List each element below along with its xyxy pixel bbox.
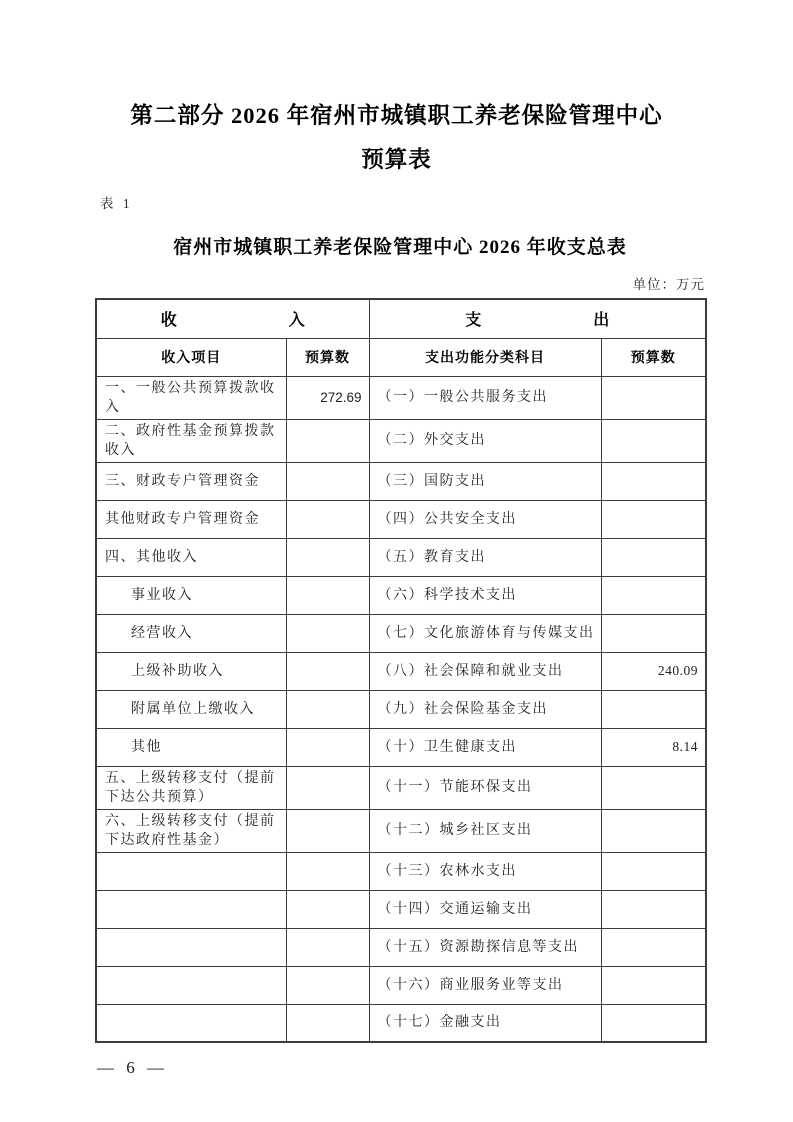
table-label: 表 1 <box>95 192 705 212</box>
expense-item-cell: （六）科学技术支出 <box>369 576 601 614</box>
expense-value-cell <box>601 890 706 928</box>
expense-value-cell <box>601 462 706 500</box>
income-value-cell <box>286 690 369 728</box>
income-value-cell <box>286 928 369 966</box>
expense-item-cell: （一）一般公共服务支出 <box>369 376 601 419</box>
document-title-block: 第二部分 2026 年宿州市城镇职工养老保险管理中心 预算表 <box>0 0 793 182</box>
income-value-cell <box>286 500 369 538</box>
expense-item-cell: （五）教育支出 <box>369 538 601 576</box>
document-title-line1: 第二部分 2026 年宿州市城镇职工养老保险管理中心 <box>0 94 793 138</box>
income-item-cell: 事业收入 <box>96 576 286 614</box>
table-row: 经营收入（七）文化旅游体育与传媒支出 <box>96 614 706 652</box>
table-row: 三、财政专户管理资金（三）国防支出 <box>96 462 706 500</box>
table-row: 四、其他收入（五）教育支出 <box>96 538 706 576</box>
expense-item-cell: （八）社会保障和就业支出 <box>369 652 601 690</box>
income-item-cell: 五、上级转移支付（提前下达公共预算） <box>96 766 286 809</box>
income-value-cell <box>286 462 369 500</box>
table-row: 事业收入（六）科学技术支出 <box>96 576 706 614</box>
expense-item-cell: （十五）资源勘探信息等支出 <box>369 928 601 966</box>
column-header-expense-item: 支出功能分类科目 <box>369 338 601 376</box>
document-title-line2: 预算表 <box>0 138 793 182</box>
expense-item-cell: （十一）节能环保支出 <box>369 766 601 809</box>
income-item-cell <box>96 890 286 928</box>
expense-value-cell <box>601 1004 706 1042</box>
income-item-cell <box>96 1004 286 1042</box>
table-row: （十七）金融支出 <box>96 1004 706 1042</box>
expense-item-cell: （十四）交通运输支出 <box>369 890 601 928</box>
table-row: （十三）农林水支出 <box>96 852 706 890</box>
expense-item-cell: （三）国防支出 <box>369 462 601 500</box>
expense-value-cell: 240.09 <box>601 652 706 690</box>
income-item-cell <box>96 928 286 966</box>
expense-value-cell <box>601 376 706 419</box>
expense-value-cell <box>601 966 706 1004</box>
expense-item-cell: （十六）商业服务业等支出 <box>369 966 601 1004</box>
income-item-cell <box>96 966 286 1004</box>
income-item-cell: 其他财政专户管理资金 <box>96 500 286 538</box>
table-row: （十五）资源勘探信息等支出 <box>96 928 706 966</box>
budget-table: 收 入 支 出 收入项目 预算数 支出功能分类科目 预算数 一、一般公共预算拨款… <box>95 298 707 1043</box>
income-value-cell <box>286 852 369 890</box>
expense-value-cell <box>601 690 706 728</box>
expense-item-cell: （十七）金融支出 <box>369 1004 601 1042</box>
column-header-income-item: 收入项目 <box>96 338 286 376</box>
income-value-cell <box>286 652 369 690</box>
expense-item-cell: （二）外交支出 <box>369 419 601 462</box>
unit-note: 单位：万元 <box>95 273 705 293</box>
income-item-cell: 二、政府性基金预算拨款收入 <box>96 419 286 462</box>
income-item-cell: 四、其他收入 <box>96 538 286 576</box>
income-item-cell: 经营收入 <box>96 614 286 652</box>
income-value-cell: 272.69 <box>286 376 369 419</box>
income-value-cell <box>286 1004 369 1042</box>
expense-item-cell: （十）卫生健康支出 <box>369 728 601 766</box>
page-number: — 6 — <box>95 1058 705 1078</box>
table-row: （十四）交通运输支出 <box>96 890 706 928</box>
income-item-cell: 上级补助收入 <box>96 652 286 690</box>
table-row: 附属单位上缴收入（九）社会保险基金支出 <box>96 690 706 728</box>
income-item-cell <box>96 852 286 890</box>
income-value-cell <box>286 614 369 652</box>
expense-value-cell <box>601 852 706 890</box>
table-row: 一、一般公共预算拨款收入272.69（一）一般公共服务支出 <box>96 376 706 419</box>
income-item-cell: 六、上级转移支付（提前下达政府性基金） <box>96 809 286 852</box>
income-value-cell <box>286 809 369 852</box>
column-header-expense-budget: 预算数 <box>601 338 706 376</box>
document-content: 表 1 宿州市城镇职工养老保险管理中心 2026 年收支总表 单位：万元 收 入… <box>95 192 705 1078</box>
expense-value-cell <box>601 538 706 576</box>
table-row: 其他财政专户管理资金（四）公共安全支出 <box>96 500 706 538</box>
table-row: 上级补助收入（八）社会保障和就业支出240.09 <box>96 652 706 690</box>
income-section-header: 收 入 <box>96 299 369 338</box>
income-value-cell <box>286 419 369 462</box>
expense-value-cell <box>601 614 706 652</box>
column-header-row: 收入项目 预算数 支出功能分类科目 预算数 <box>96 338 706 376</box>
table-row: 五、上级转移支付（提前下达公共预算）（十一）节能环保支出 <box>96 766 706 809</box>
expense-item-cell: （九）社会保险基金支出 <box>369 690 601 728</box>
expense-section-header: 支 出 <box>369 299 706 338</box>
table-row: 其他（十）卫生健康支出8.14 <box>96 728 706 766</box>
income-item-cell: 一、一般公共预算拨款收入 <box>96 376 286 419</box>
income-value-cell <box>286 966 369 1004</box>
income-value-cell <box>286 576 369 614</box>
income-value-cell <box>286 728 369 766</box>
expense-value-cell: 8.14 <box>601 728 706 766</box>
document-page: 第二部分 2026 年宿州市城镇职工养老保险管理中心 预算表 表 1 宿州市城镇… <box>0 0 793 1122</box>
income-item-cell: 三、财政专户管理资金 <box>96 462 286 500</box>
income-item-cell: 其他 <box>96 728 286 766</box>
section-header-row: 收 入 支 出 <box>96 299 706 338</box>
expense-value-cell <box>601 576 706 614</box>
expense-value-cell <box>601 766 706 809</box>
table-row: 二、政府性基金预算拨款收入（二）外交支出 <box>96 419 706 462</box>
expense-item-cell: （十二）城乡社区支出 <box>369 809 601 852</box>
column-header-income-budget: 预算数 <box>286 338 369 376</box>
expense-value-cell <box>601 928 706 966</box>
table-row: 六、上级转移支付（提前下达政府性基金）（十二）城乡社区支出 <box>96 809 706 852</box>
income-value-cell <box>286 890 369 928</box>
expense-value-cell <box>601 500 706 538</box>
income-value-cell <box>286 538 369 576</box>
expense-item-cell: （七）文化旅游体育与传媒支出 <box>369 614 601 652</box>
expense-item-cell: （四）公共安全支出 <box>369 500 601 538</box>
table-row: （十六）商业服务业等支出 <box>96 966 706 1004</box>
expense-value-cell <box>601 809 706 852</box>
expense-item-cell: （十三）农林水支出 <box>369 852 601 890</box>
table-title: 宿州市城镇职工养老保险管理中心 2026 年收支总表 <box>95 232 705 259</box>
income-item-cell: 附属单位上缴收入 <box>96 690 286 728</box>
expense-value-cell <box>601 419 706 462</box>
income-value-cell <box>286 766 369 809</box>
